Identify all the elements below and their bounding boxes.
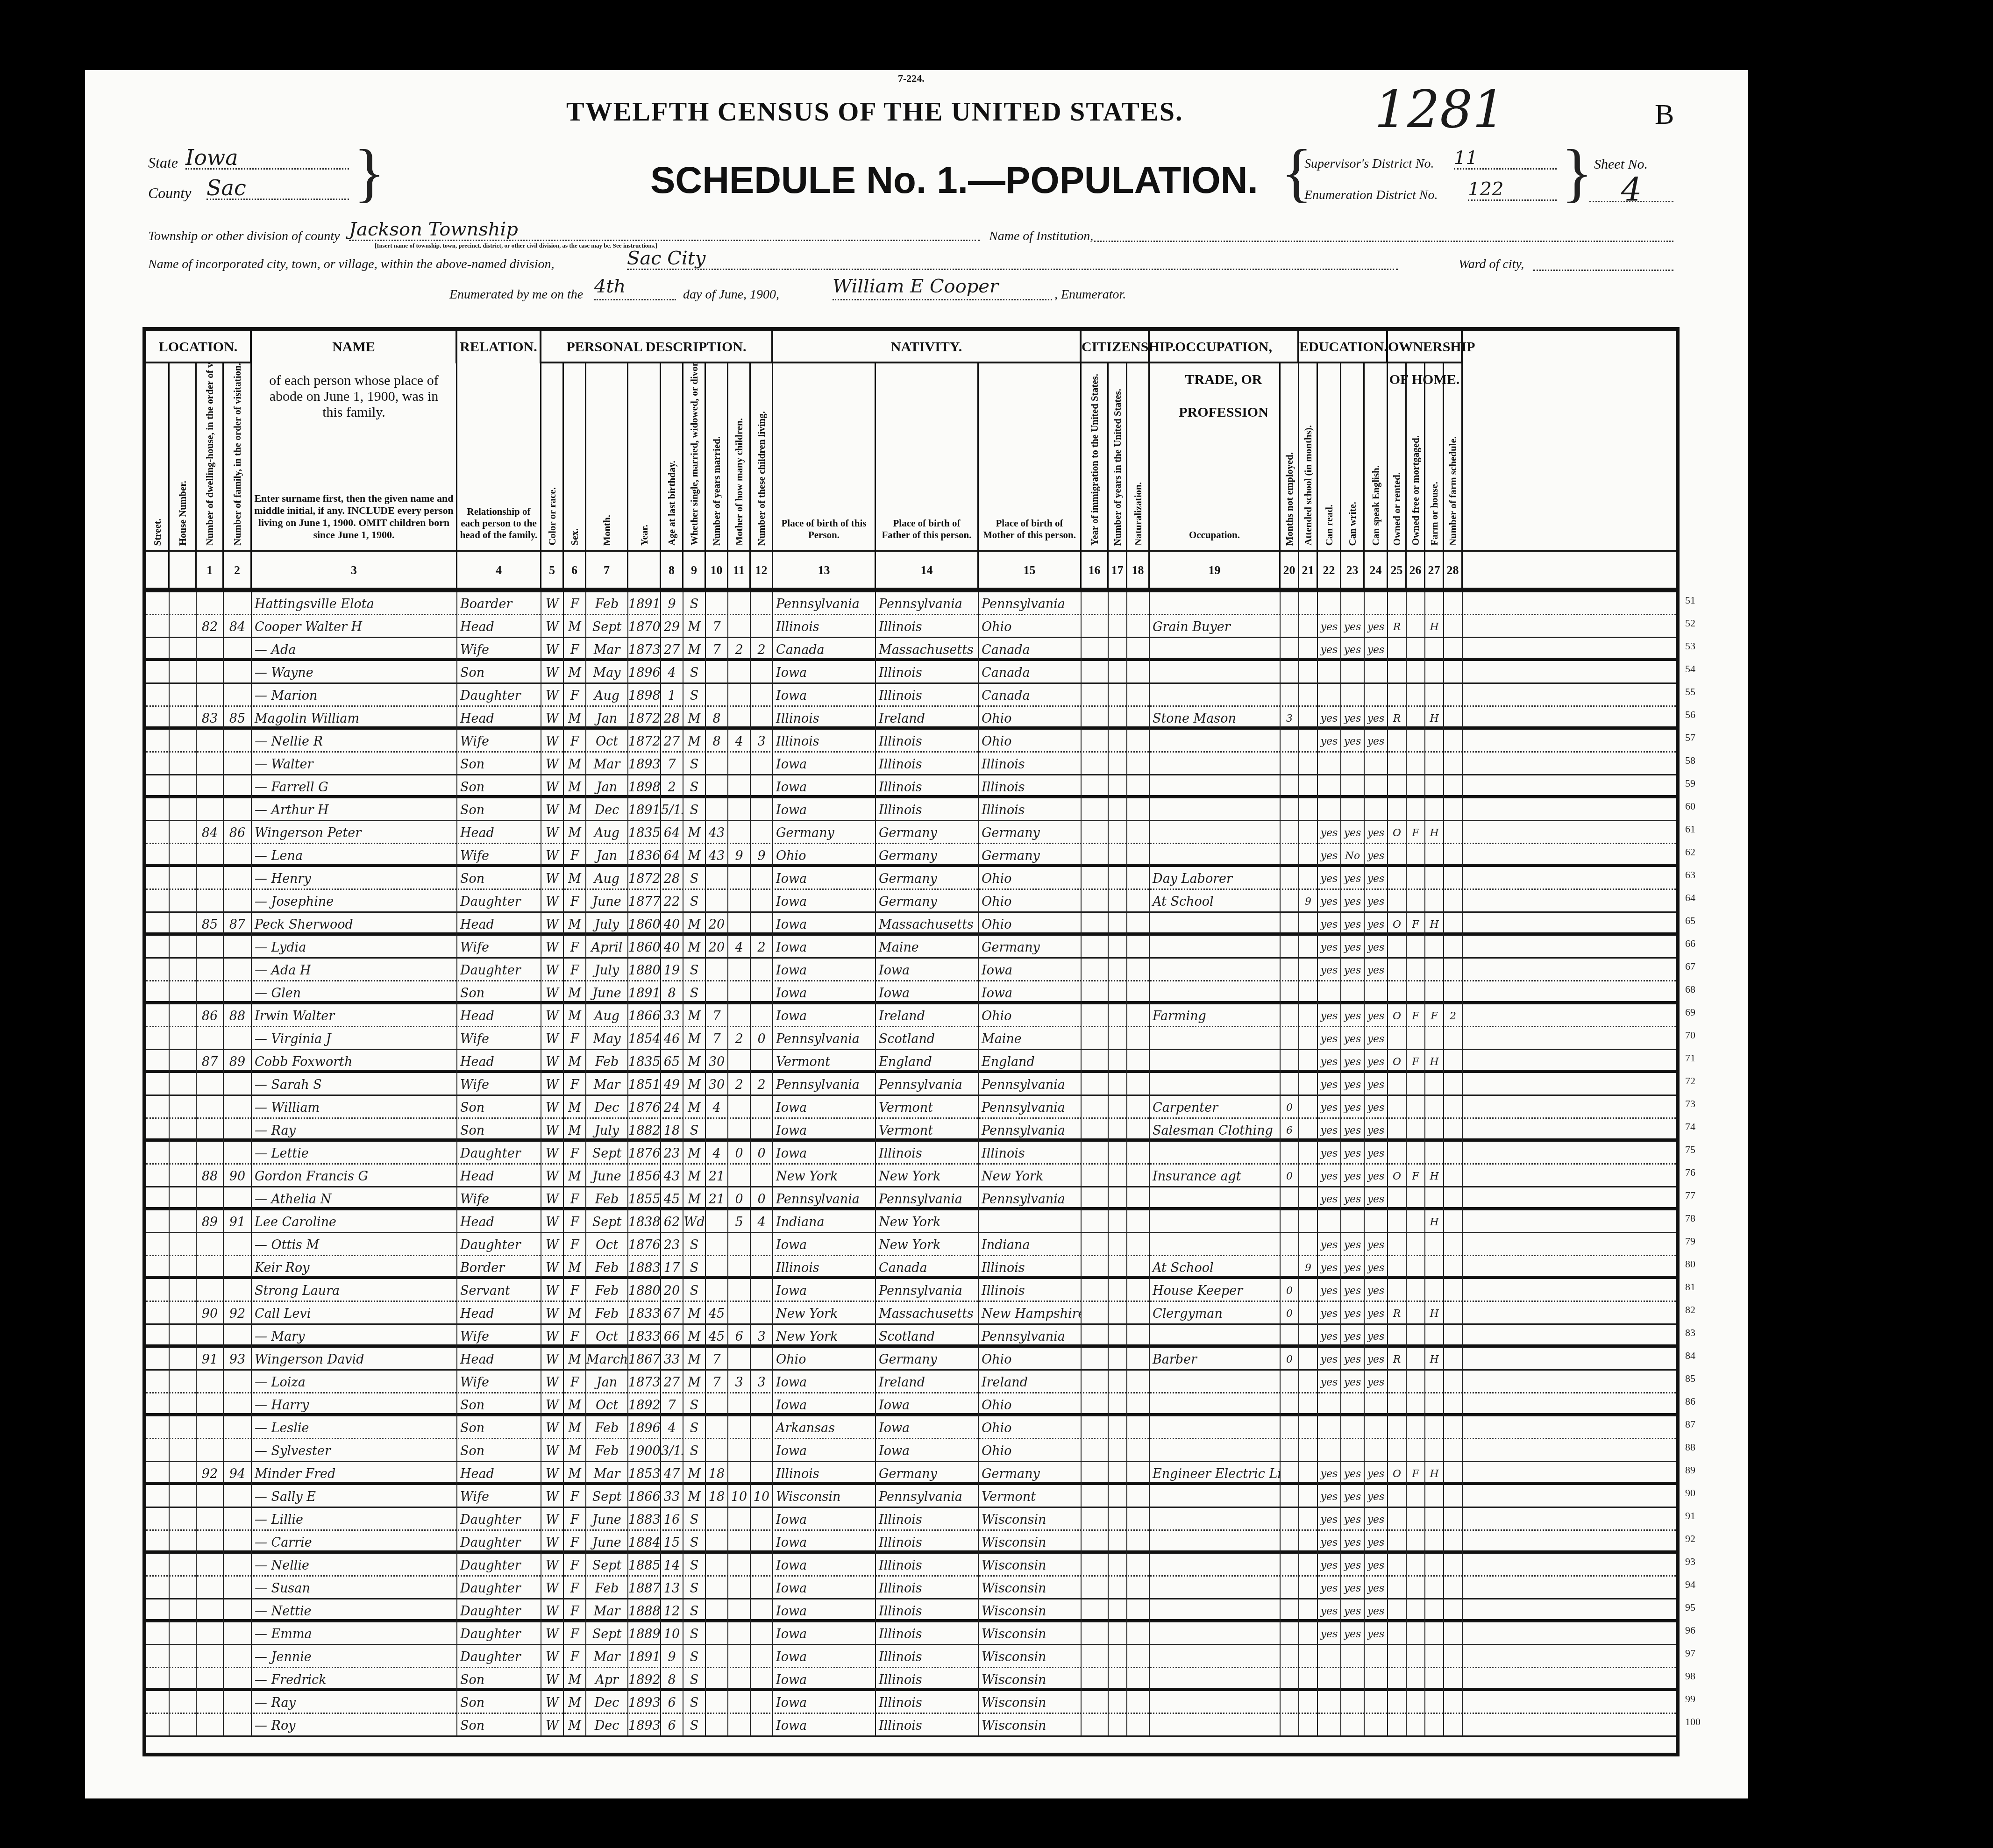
column-header-label: House Number.	[177, 481, 189, 546]
cell-hn	[170, 1554, 197, 1577]
cell-fam	[224, 867, 252, 890]
column-header-label: Relationship of each person to the head …	[459, 506, 538, 541]
column-header-label: Whether single, married, widowed, or div…	[689, 363, 700, 546]
cell-read: yes	[1318, 1256, 1341, 1279]
cell-ym: 7	[706, 1348, 728, 1371]
cell-dw: 82	[197, 615, 224, 638]
cell-mort	[1407, 890, 1425, 913]
cell-pbf: Massachusetts	[876, 913, 979, 936]
cell-read	[1318, 684, 1341, 707]
cell-own: R	[1388, 615, 1407, 638]
cell-eng	[1365, 1714, 1388, 1737]
cell-ms: S	[683, 959, 706, 981]
cell-une	[1281, 1599, 1299, 1622]
cell-age: 1	[661, 684, 683, 707]
cell-rel: Wife	[457, 638, 541, 661]
cell-fam	[224, 1599, 252, 1622]
cell-year: 1876	[628, 1233, 661, 1256]
census-row: — MarionDaughterWFAug18981SIowaIllinoisC…	[146, 684, 1676, 707]
cell-fh	[1425, 753, 1444, 775]
cell-occ	[1150, 1393, 1281, 1416]
cell-st	[146, 936, 170, 959]
cell-dw: 85	[197, 913, 224, 936]
cell-sch	[1299, 1622, 1318, 1645]
cell-yus	[1109, 1302, 1127, 1325]
cell-ym: 20	[706, 936, 728, 959]
cell-une	[1281, 1393, 1299, 1416]
cell-pbf: Pennsylvania	[876, 1485, 979, 1508]
cell-st	[146, 1439, 170, 1462]
cell-fam: 89	[224, 1050, 252, 1073]
cell-sex: M	[564, 615, 586, 638]
cell-sch	[1299, 1599, 1318, 1622]
cell-occ	[1150, 1073, 1281, 1096]
cell-name: — Ray	[252, 1119, 457, 1142]
cell-year: 1853	[628, 1462, 661, 1485]
cell-name: — Jennie	[252, 1645, 457, 1668]
cell-race: W	[541, 684, 564, 707]
cell-pbf: Illinois	[876, 661, 979, 684]
cell-age: 33	[661, 1348, 683, 1371]
cell-ym: 30	[706, 1073, 728, 1096]
cell-st	[146, 1233, 170, 1256]
cell-fh: F	[1425, 1004, 1444, 1027]
cell-fam	[224, 1439, 252, 1462]
cell-hn	[170, 1073, 197, 1096]
cell-nat	[1127, 1210, 1150, 1233]
cell-pbf: Canada	[876, 1256, 979, 1279]
column-number: 22	[1318, 552, 1341, 589]
cell-ms: S	[683, 1279, 706, 1302]
cell-month: Dec	[586, 798, 628, 821]
cell-imm	[1082, 867, 1109, 890]
cell-yus	[1109, 1004, 1127, 1027]
cell-occ	[1150, 1554, 1281, 1577]
cell-hn	[170, 1393, 197, 1416]
cell-age: 27	[661, 638, 683, 661]
cell-race: W	[541, 1073, 564, 1096]
cell-mort	[1407, 1577, 1425, 1599]
cell-own	[1388, 1187, 1407, 1210]
cell-year: 1883	[628, 1256, 661, 1279]
cell-fam	[224, 844, 252, 867]
cell-pb: Germany	[773, 821, 876, 844]
cell-une	[1281, 1027, 1299, 1050]
cell-rel: Daughter	[457, 684, 541, 707]
line-number: 81	[1685, 1281, 1695, 1293]
cell-race: W	[541, 592, 564, 615]
cell-une	[1281, 1668, 1299, 1691]
cell-hn	[170, 959, 197, 981]
cell-fh: H	[1425, 615, 1444, 638]
cell-mort	[1407, 1691, 1425, 1714]
line-number: 62	[1685, 846, 1695, 858]
census-row: — AdaWifeWFMar187327M722CanadaMassachuse…	[146, 638, 1676, 661]
cell-nat	[1127, 1348, 1150, 1371]
cell-farm	[1444, 753, 1463, 775]
cell-fh	[1425, 1371, 1444, 1393]
cell-fh	[1425, 638, 1444, 661]
cell-read	[1318, 1668, 1341, 1691]
cell-year: 1833	[628, 1302, 661, 1325]
cell-race: W	[541, 1187, 564, 1210]
cell-fam: 91	[224, 1210, 252, 1233]
cell-write: yes	[1341, 638, 1365, 661]
cell-write: yes	[1341, 890, 1365, 913]
census-row: — GlenSonWMJune18918SIowaIowaIowa	[146, 981, 1676, 1004]
cell-imm	[1082, 1668, 1109, 1691]
cell-hn	[170, 798, 197, 821]
cell-ms: M	[683, 615, 706, 638]
cell-race: W	[541, 1348, 564, 1371]
cell-cl	[751, 1302, 773, 1325]
cell-own	[1388, 844, 1407, 867]
cell-nat	[1127, 1119, 1150, 1142]
cell-month: Oct	[586, 1393, 628, 1416]
cell-write: yes	[1341, 1027, 1365, 1050]
column-number: 10	[706, 552, 728, 589]
line-number: 55	[1685, 686, 1695, 698]
cell-fh	[1425, 775, 1444, 798]
cell-fam: 92	[224, 1302, 252, 1325]
cell-own	[1388, 1073, 1407, 1096]
cell-fam	[224, 1714, 252, 1737]
cell-nat	[1127, 913, 1150, 936]
cell-mc	[728, 775, 751, 798]
cell-rel: Son	[457, 1393, 541, 1416]
cell-month: Jan	[586, 1371, 628, 1393]
cell-write: yes	[1341, 1348, 1365, 1371]
cell-rel: Son	[457, 1119, 541, 1142]
cell-hn	[170, 1691, 197, 1714]
cell-race: W	[541, 1645, 564, 1668]
column-group-header: PERSONAL DESCRIPTION.	[541, 331, 773, 363]
cell-st	[146, 1508, 170, 1531]
cell-fam	[224, 1119, 252, 1142]
cell-pbf: Ireland	[876, 1371, 979, 1393]
cell-dw	[197, 775, 224, 798]
cell-year: 1898	[628, 775, 661, 798]
cell-sex: M	[564, 1714, 586, 1737]
cell-une	[1281, 821, 1299, 844]
column-header-label: Year of immigration to the United States…	[1089, 374, 1101, 546]
cell-month: June	[586, 890, 628, 913]
cell-mort: F	[1407, 913, 1425, 936]
cell-read: yes	[1318, 1599, 1341, 1622]
cell-race: W	[541, 1371, 564, 1393]
cell-dw	[197, 684, 224, 707]
cell-pbm: Germany	[979, 1462, 1082, 1485]
column-number: 6	[564, 552, 586, 589]
cell-own: O	[1388, 821, 1407, 844]
line-number: 58	[1685, 754, 1695, 767]
cell-imm	[1082, 775, 1109, 798]
line-number: 100	[1685, 1716, 1701, 1728]
cell-mc: 5	[728, 1210, 751, 1233]
cell-farm	[1444, 1599, 1463, 1622]
cell-farm	[1444, 1119, 1463, 1142]
cell-race: W	[541, 1256, 564, 1279]
cell-age: 13	[661, 1577, 683, 1599]
cell-farm	[1444, 1439, 1463, 1462]
cell-mort	[1407, 1348, 1425, 1371]
brace-left: }	[354, 140, 385, 206]
cell-sch	[1299, 867, 1318, 890]
cell-pb: New York	[773, 1302, 876, 1325]
cell-sch	[1299, 1554, 1318, 1577]
cell-mort	[1407, 1142, 1425, 1165]
cell-fam	[224, 1142, 252, 1165]
cell-ym: 45	[706, 1302, 728, 1325]
cell-mort	[1407, 1256, 1425, 1279]
cell-farm	[1444, 1393, 1463, 1416]
supervisor-field: 11	[1454, 147, 1557, 170]
cell-own	[1388, 1577, 1407, 1599]
census-row: — NellieDaughterWFSept188514SIowaIllinoi…	[146, 1554, 1676, 1577]
cell-age: 33	[661, 1485, 683, 1508]
column-number: 26	[1407, 552, 1425, 589]
cell-pb: Iowa	[773, 1554, 876, 1577]
cell-name: — Nettie	[252, 1599, 457, 1622]
cell-hn	[170, 1622, 197, 1645]
cell-name: Minder Fred	[252, 1462, 457, 1485]
cell-sch: 9	[1299, 1256, 1318, 1279]
cell-eng: yes	[1365, 1165, 1388, 1187]
cell-mort: F	[1407, 1462, 1425, 1485]
cell-ms: S	[683, 661, 706, 684]
form-number: 7-224.	[898, 72, 925, 85]
cell-imm	[1082, 1393, 1109, 1416]
cell-occ	[1150, 1577, 1281, 1599]
cell-cl	[751, 959, 773, 981]
cell-own	[1388, 684, 1407, 707]
cell-cl	[751, 1691, 773, 1714]
cell-imm	[1082, 684, 1109, 707]
cell-sch: 9	[1299, 890, 1318, 913]
cell-fh	[1425, 1393, 1444, 1416]
cell-sex: F	[564, 1325, 586, 1348]
cell-imm	[1082, 1462, 1109, 1485]
cell-dw: 83	[197, 707, 224, 730]
cell-pbf: Vermont	[876, 1096, 979, 1119]
column-number: 20	[1281, 552, 1299, 589]
cell-rel: Son	[457, 981, 541, 1004]
cell-ms: S	[683, 1645, 706, 1668]
cell-mort	[1407, 844, 1425, 867]
column-number: 21	[1299, 552, 1318, 589]
line-number: 94	[1685, 1578, 1695, 1591]
cell-hn	[170, 592, 197, 615]
cell-read: yes	[1318, 1554, 1341, 1577]
cell-write: yes	[1341, 707, 1365, 730]
cell-hn	[170, 1302, 197, 1325]
cell-imm	[1082, 1577, 1109, 1599]
line-number: 59	[1685, 777, 1695, 789]
cell-own	[1388, 959, 1407, 981]
column-header-label: Age at last birthday.	[666, 461, 678, 546]
cell-pb: Iowa	[773, 1096, 876, 1119]
cell-read: yes	[1318, 1119, 1341, 1142]
cell-mort	[1407, 1073, 1425, 1096]
cell-pb: Iowa	[773, 1668, 876, 1691]
line-number: 90	[1685, 1487, 1695, 1499]
cell-pbm: Ohio	[979, 707, 1082, 730]
line-number: 69	[1685, 1006, 1695, 1018]
cell-imm	[1082, 890, 1109, 913]
cell-mort	[1407, 684, 1425, 707]
cell-sex: F	[564, 1233, 586, 1256]
cell-mort	[1407, 707, 1425, 730]
cell-rel: Son	[457, 775, 541, 798]
cell-fam	[224, 1668, 252, 1691]
cell-name: — Susan	[252, 1577, 457, 1599]
cell-une	[1281, 1073, 1299, 1096]
cell-dw	[197, 1485, 224, 1508]
column-header-label: Farm or house.	[1429, 482, 1440, 546]
cell-st	[146, 867, 170, 890]
cell-write: yes	[1341, 1050, 1365, 1073]
cell-ms: M	[683, 1371, 706, 1393]
column-header: Street.	[146, 363, 170, 550]
cell-mc	[728, 1393, 751, 1416]
cell-read	[1318, 661, 1341, 684]
cell-hn	[170, 1279, 197, 1302]
cell-dw	[197, 959, 224, 981]
cell-ms: S	[683, 1554, 706, 1577]
cell-eng: yes	[1365, 615, 1388, 638]
cell-ym: 43	[706, 844, 728, 867]
cell-cl	[751, 1256, 773, 1279]
column-header-label: Can write.	[1347, 502, 1359, 546]
cell-hn	[170, 1371, 197, 1393]
cell-month: May	[586, 1027, 628, 1050]
line-number: 77	[1685, 1189, 1695, 1201]
cell-ym	[706, 1622, 728, 1645]
cell-name: — Lena	[252, 844, 457, 867]
cell-race: W	[541, 1027, 564, 1050]
cell-farm	[1444, 1508, 1463, 1531]
cell-pb: Arkansas	[773, 1416, 876, 1439]
cell-fam	[224, 1645, 252, 1668]
cell-nat	[1127, 1508, 1150, 1531]
cell-mort: F	[1407, 1050, 1425, 1073]
cell-imm	[1082, 1027, 1109, 1050]
supervisor-label: Supervisor's District No.	[1304, 156, 1434, 171]
cell-mc	[728, 1531, 751, 1554]
cell-eng: yes	[1365, 1622, 1388, 1645]
line-number: 60	[1685, 800, 1695, 812]
cell-age: 9	[661, 1645, 683, 1668]
cell-imm	[1082, 753, 1109, 775]
cell-age: 29	[661, 615, 683, 638]
city-field: Sac City	[627, 248, 1398, 270]
cell-own	[1388, 1256, 1407, 1279]
line-number: 63	[1685, 869, 1695, 881]
cell-pbf: Scotland	[876, 1325, 979, 1348]
cell-eng	[1365, 1439, 1388, 1462]
cell-pbf: Massachusetts	[876, 638, 979, 661]
cell-rel: Daughter	[457, 959, 541, 981]
column-header: Relationship of each person to the head …	[457, 363, 541, 550]
cell-year: 1883	[628, 1508, 661, 1531]
cell-pb: Iowa	[773, 867, 876, 890]
cell-read: yes	[1318, 821, 1341, 844]
cell-write: yes	[1341, 1462, 1365, 1485]
cell-pb: Iowa	[773, 1393, 876, 1416]
cell-mc	[728, 1554, 751, 1577]
cell-farm	[1444, 1325, 1463, 1348]
cell-mort	[1407, 1439, 1425, 1462]
cell-st	[146, 981, 170, 1004]
cell-hn	[170, 1577, 197, 1599]
column-header-label: Owned free or mortgaged.	[1410, 435, 1422, 546]
cell-mc	[728, 867, 751, 890]
cell-fh	[1425, 1279, 1444, 1302]
column-group-header: OCCUPATION, TRADE, OR PROFESSION	[1150, 331, 1299, 363]
cell-occ: Insurance agt	[1150, 1165, 1281, 1187]
cell-read: yes	[1318, 890, 1341, 913]
cell-occ	[1150, 1531, 1281, 1554]
cell-une	[1281, 638, 1299, 661]
cell-rel: Daughter	[457, 1577, 541, 1599]
cell-fh: H	[1425, 1165, 1444, 1187]
cell-fh	[1425, 1187, 1444, 1210]
cell-ms: S	[683, 684, 706, 707]
cell-eng: yes	[1365, 1004, 1388, 1027]
cell-st	[146, 1302, 170, 1325]
column-header: Farm or house.	[1425, 363, 1444, 550]
column-header: Sex.	[564, 363, 586, 550]
cell-eng: yes	[1365, 1096, 1388, 1119]
cell-mc: 2	[728, 638, 751, 661]
cell-hn	[170, 1210, 197, 1233]
cell-cl	[751, 1622, 773, 1645]
cell-fam	[224, 753, 252, 775]
cell-year: 1891	[628, 981, 661, 1004]
cell-write: yes	[1341, 1531, 1365, 1554]
cell-read: yes	[1318, 1531, 1341, 1554]
cell-farm	[1444, 1714, 1463, 1737]
cell-farm	[1444, 1096, 1463, 1119]
cell-name: Cooper Walter H	[252, 615, 457, 638]
cell-sch	[1299, 592, 1318, 615]
cell-ym	[706, 753, 728, 775]
cell-fam	[224, 981, 252, 1004]
cell-name: — Ada	[252, 638, 457, 661]
census-row: — CarrieDaughterWFJune188415SIowaIllinoi…	[146, 1531, 1676, 1554]
cell-une	[1281, 1508, 1299, 1531]
cell-farm	[1444, 615, 1463, 638]
cell-read	[1318, 1393, 1341, 1416]
cell-sch	[1299, 1027, 1318, 1050]
column-number: 14	[876, 552, 979, 589]
cell-farm	[1444, 1027, 1463, 1050]
cell-une	[1281, 1256, 1299, 1279]
cell-month: Dec	[586, 1096, 628, 1119]
cell-year: 1872	[628, 867, 661, 890]
cell-sch	[1299, 615, 1318, 638]
cell-occ	[1150, 684, 1281, 707]
series-letter: B	[1655, 98, 1674, 131]
cell-age: 7	[661, 753, 683, 775]
cell-sch	[1299, 1668, 1318, 1691]
cell-occ	[1150, 913, 1281, 936]
cell-pbm: Wisconsin	[979, 1622, 1082, 1645]
cell-pb: Iowa	[773, 1233, 876, 1256]
cell-read: yes	[1318, 1508, 1341, 1531]
cell-hn	[170, 1142, 197, 1165]
cell-sch	[1299, 1233, 1318, 1256]
